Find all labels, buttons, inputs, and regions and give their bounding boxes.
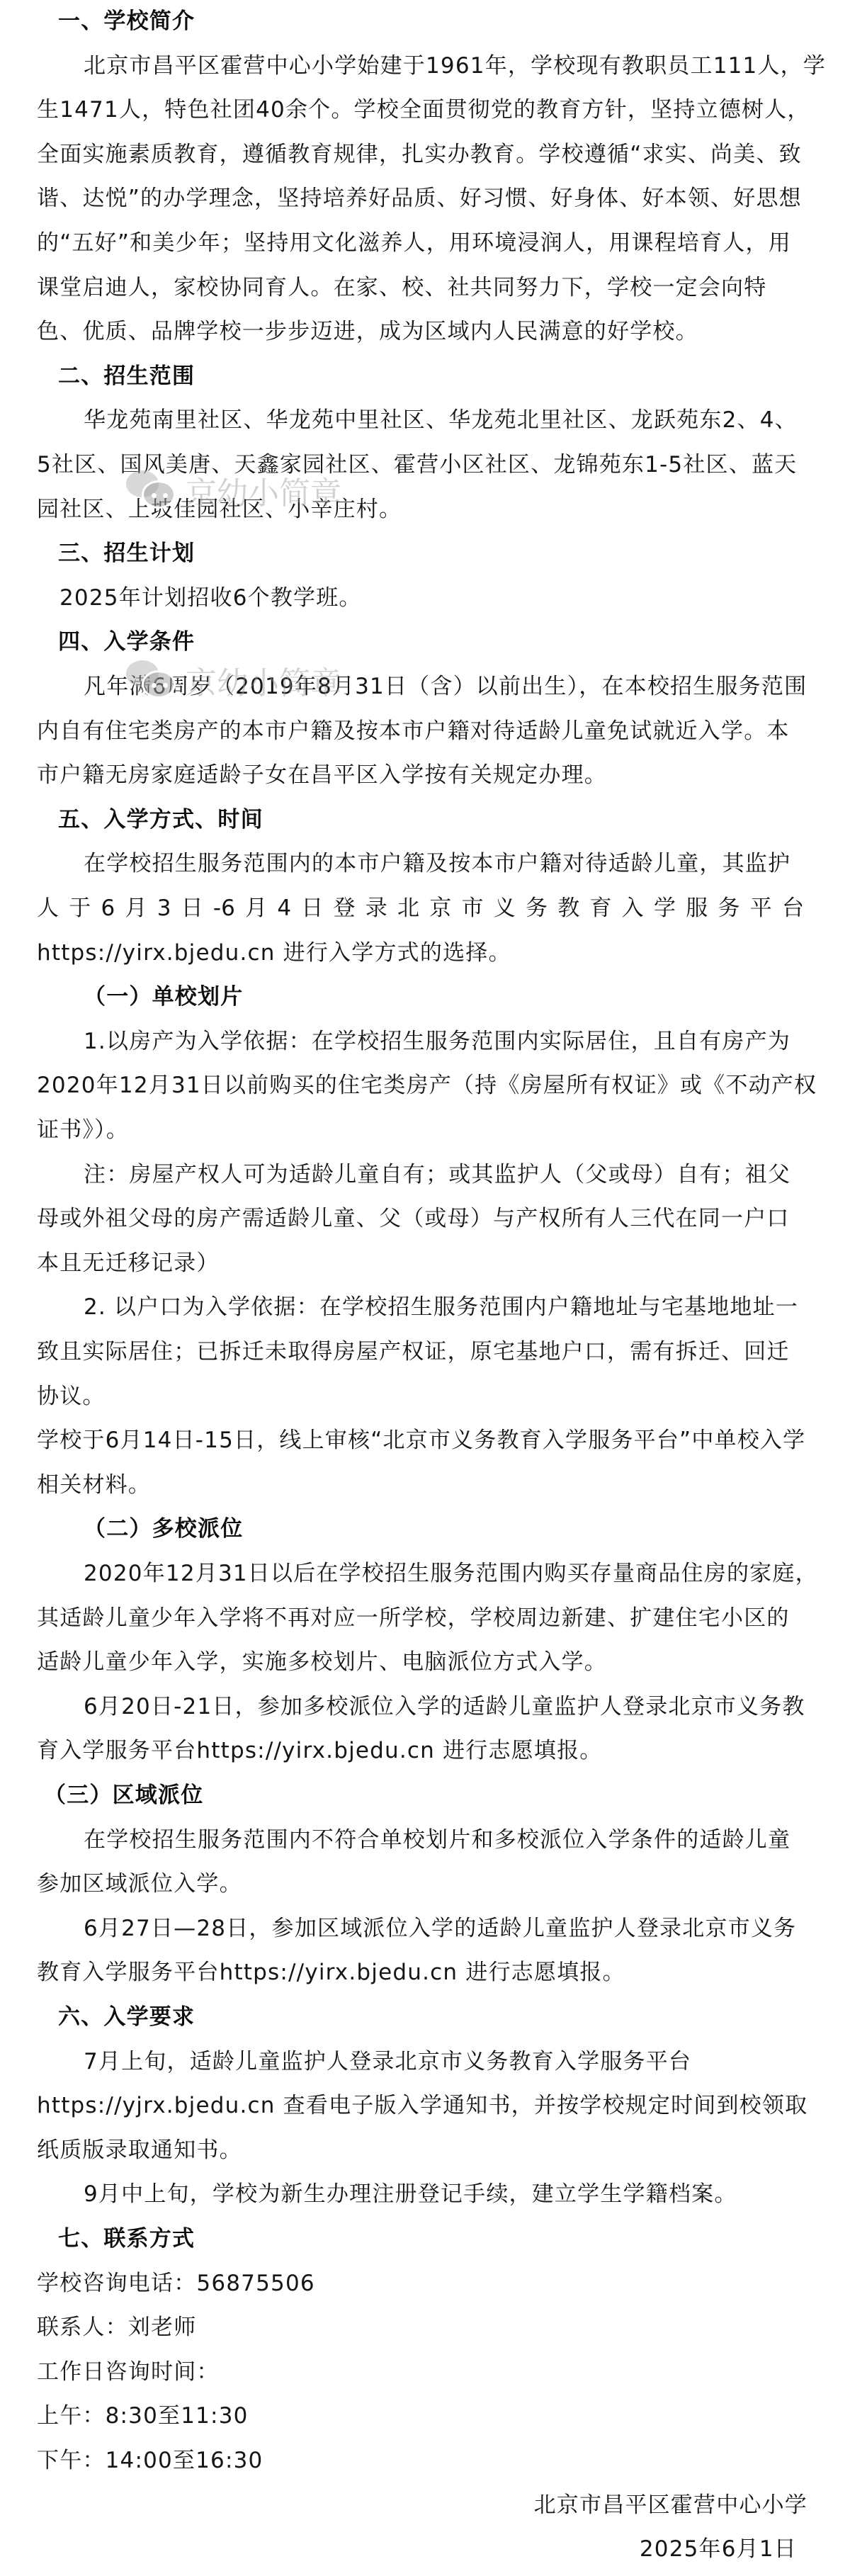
section-heading: 二、招生范围 [58, 354, 195, 398]
paragraph-line: 在学校招生服务范围内的本市户籍及按本市户籍对待适龄儿童，其监护 [84, 842, 790, 886]
paragraph-line: 7月上旬，适龄儿童监护人登录北京市义务教育入学服务平台 [84, 2040, 691, 2084]
paragraph-line: 上午：8:30至11:30 [37, 2394, 249, 2438]
paragraph-line: 北京市昌平区霍营中心小学始建于1961年，学校现有教职员工111人，学 [84, 44, 826, 88]
paragraph-line: 凡年满6周岁（2019年8月31日（含）以前出生），在本校招生服务范围 [84, 665, 807, 708]
section-heading: 三、招生计划 [58, 531, 195, 575]
paragraph-line: 2025年计划招收6个教学班。 [59, 576, 362, 620]
paragraph-line: 人于6月3日-6月4日登录北京市义务教育入学服务平台 [37, 886, 804, 930]
paragraph-line: 谐、达悦”的办学理念，坚持培养好品质、好习惯、好身体、好本领、好思想 [37, 176, 802, 220]
section-heading: 五、入学方式、时间 [58, 798, 263, 842]
paragraph-line: 本且无迁移记录） [37, 1241, 220, 1285]
section-heading: 四、入学条件 [58, 620, 195, 664]
paragraph-line: 全面实施素质教育，遵循教育规律，扎实办教育。学校遵循“求实、尚美、致 [37, 132, 802, 176]
paragraph-line: 注：房屋产权人可为适龄儿童自有；或其监护人（父或母）自有；祖父 [84, 1153, 790, 1197]
paragraph-line: 2. 以户口为入学依据：在学校招生服务范围内户籍地址与宅基地地址一 [84, 1285, 798, 1329]
paragraph-line: 学校咨询电话：56875506 [37, 2261, 315, 2305]
paragraph-line: 证书》）。 [37, 1108, 129, 1152]
paragraph-line: https://yjrx.bjedu.cn 查看电子版入学通知书，并按学校规定时… [37, 2084, 807, 2128]
paragraph-line: 6月27日—28日，参加区域派位入学的适龄儿童监护人登录北京市义务 [84, 1906, 796, 1950]
subsection-heading: （三）区域派位 [44, 1773, 203, 1817]
paragraph-line: 的“五好”和美少年；坚持用文化滋养人，用环境浸润人，用课程培育人，用 [37, 221, 791, 265]
paragraph-line: 协议。 [37, 1374, 106, 1418]
signature-school-name: 北京市昌平区霍营中心小学 [534, 2483, 807, 2527]
section-heading: 一、学校简介 [58, 0, 195, 43]
paragraph-line: 色、优质、品牌学校一步步迈进，成为区域内人民满意的好学校。 [37, 310, 698, 354]
paragraph-line: 其适龄儿童少年入学将不再对应一所学校，学校周边新建、扩建住宅小区的 [37, 1596, 790, 1640]
paragraph-line: 教育入学服务平台https://yirx.bjedu.cn 进行志愿填报。 [37, 1950, 625, 1994]
paragraph-line: 6月20日-21日，参加多校派位入学的适龄儿童监护人登录北京市义务教 [84, 1685, 805, 1729]
paragraph-line: 育入学服务平台https://yirx.bjedu.cn 进行志愿填报。 [37, 1729, 602, 1773]
subsection-heading: （一）单校划片 [84, 975, 243, 1019]
paragraph-line: 1.以房产为入学依据：在学校招生服务范围内实际居住，且自有房产为 [84, 1019, 790, 1063]
paragraph-line: 工作日咨询时间： [37, 2350, 220, 2394]
paragraph-line: https://yirx.bjedu.cn 进行入学方式的选择。 [37, 931, 511, 975]
paragraph-line: 9月中上旬，学校为新生办理注册登记手续，建立学生学籍档案。 [84, 2172, 737, 2216]
paragraph-line: 2020年12月31日以后在学校招生服务范围内购买存量商品住房的家庭， [84, 1552, 818, 1595]
signature-date: 2025年6月1日 [640, 2527, 797, 2571]
paragraph-line: 母或外祖父母的房产需适龄儿童、父（或母）与产权所有人三代在同一户口 [37, 1197, 790, 1241]
paragraph-line: 市户籍无房家庭适龄子女在昌平区入学按有关规定办理。 [37, 753, 607, 797]
paragraph-line: 课堂启迪人，家校协同育人。在家、校、社共同努力下，学校一定会向特 [37, 266, 766, 310]
paragraph-line: 联系人：刘老师 [37, 2305, 196, 2349]
section-heading: 七、联系方式 [58, 2217, 195, 2261]
paragraph-line: 内自有住宅类房产的本市户籍及按本市户籍对待适龄儿童免试就近入学。本 [37, 709, 790, 753]
subsection-heading: （二）多校派位 [84, 1507, 243, 1551]
paragraph-line: 致且实际居住；已拆迁未取得房屋产权证，原宅基地户口，需有拆迁、回迁 [37, 1330, 790, 1374]
paragraph-line: 下午：14:00至16:30 [37, 2439, 263, 2482]
paragraph-line: 5社区、国风美唐、天鑫家园社区、霍营小区社区、龙锦苑东1-5社区、蓝天 [37, 443, 797, 487]
paragraph-line: 2020年12月31日以前购买的住宅类房产（持《房屋所有权证》或《不动产权 [37, 1063, 817, 1107]
paragraph-line: 在学校招生服务范围内不符合单校划片和多校派位入学条件的适龄儿童 [84, 1818, 790, 1862]
paragraph-line: 参加区域派位入学。 [37, 1862, 242, 1906]
paragraph-line: 适龄儿童少年入学，实施多校划片、电脑派位方式入学。 [37, 1640, 607, 1684]
paragraph-line: 学校于6月14日-15日，线上审核“北京市义务教育入学服务平台”中单校入学 [37, 1418, 805, 1462]
paragraph-line: 相关材料。 [37, 1463, 151, 1507]
paragraph-line: 园社区、上坡佳园社区、小辛庄村。 [37, 487, 402, 531]
section-heading: 六、入学要求 [58, 1995, 195, 2039]
paragraph-line: 华龙苑南里社区、华龙苑中里社区、华龙苑北里社区、龙跃苑东2、4、 [84, 398, 798, 442]
paragraph-line: 纸质版录取通知书。 [37, 2128, 242, 2172]
paragraph-line: 生1471人，特色社团40余个。学校全面贯彻党的教育方针，坚持立德树人， [37, 88, 810, 132]
